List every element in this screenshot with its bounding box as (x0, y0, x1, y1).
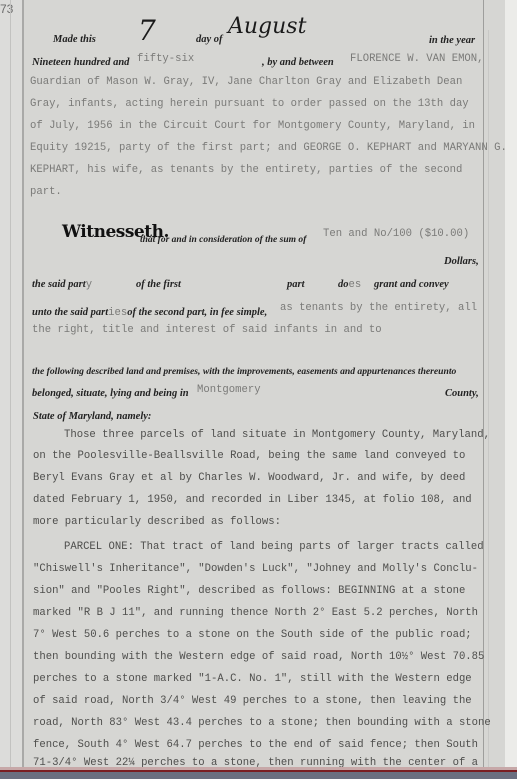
body-line: Beryl Evans Gray et al by Charles W. Woo… (33, 472, 465, 484)
year-line: Nineteen hundred and (32, 52, 129, 70)
body-line: more particularly described as follows: (33, 516, 281, 528)
parties-line: of July, 1956 in the Circuit Court for M… (30, 120, 475, 132)
consideration-sum: Ten and No/100 ($10.00) (323, 228, 469, 240)
by-and-between-label: , by and between (262, 52, 334, 70)
parties-line: Gray, infants, acting herein pursuant to… (30, 98, 469, 110)
state-label: State of Maryland, namely: (33, 406, 151, 424)
said-party-line: the said party (32, 274, 92, 292)
margin-rule (10, 0, 11, 770)
consideration-text: that for and in consideration of the sum… (140, 229, 306, 247)
dollars-label: Dollars, (444, 251, 479, 269)
county-value: Montgomery (197, 384, 261, 396)
tenancy-text-continued: the right, title and interest of said in… (32, 324, 382, 336)
day-of-label: day of (196, 29, 223, 47)
parties-line: part. (30, 186, 62, 198)
body-line: of said road, North 3/4° West 49 perches… (33, 695, 472, 707)
parties-line: KEPHART, his wife, as tenants by the ent… (30, 164, 462, 176)
body-line: perches to a stone marked "1-A.C. No. 1"… (33, 673, 472, 685)
tenancy-text: as tenants by the entirety, all (280, 302, 477, 314)
year-value: fifty-six (137, 53, 194, 65)
body-line: 7° West 50.6 perches to a stone on the S… (33, 629, 472, 641)
body-line: dated February 1, 1950, and recorded in … (33, 494, 472, 506)
belonged-line: belonged, situate, lying and being in (32, 383, 189, 401)
left-margin (0, 0, 22, 770)
month-value-handwritten: August (228, 14, 306, 39)
viewer-bottom-bar (0, 770, 517, 779)
of-the-first-label: of the first (136, 274, 181, 292)
unto-line: unto the said partiesof the second part,… (32, 302, 267, 320)
right-page-edge (505, 0, 517, 770)
made-this-label: Made this (53, 29, 96, 47)
body-line: sion" and "Pooles Right", described as f… (33, 585, 465, 597)
body-line: marked "R B J 11", and running thence No… (33, 607, 478, 619)
body-line: "Chiswell's Inheritance", "Dowden's Luck… (33, 563, 478, 575)
body-line: Those three parcels of land situate in M… (64, 429, 490, 441)
body-line: fence, South 4° West 64.7 perches to the… (33, 739, 478, 751)
grant-and-convey-label: grant and convey (374, 274, 449, 292)
day-value-handwritten: 7 (138, 14, 156, 47)
part-label: part (287, 274, 305, 292)
body-line: road, North 83° West 43.4 perches to a s… (33, 717, 491, 729)
body-line: on the Poolesville-Beallsville Road, bei… (33, 450, 465, 462)
grantor-name: FLORENCE W. VAN EMON, (350, 53, 484, 65)
page-number: 73 (0, 2, 13, 16)
in-the-year-label: in the year (429, 30, 475, 48)
deed-page-scan: 73 Made this 7 day of August in the year… (0, 0, 517, 770)
body-line: then bounding with the Western edge of s… (33, 651, 484, 663)
margin-rule (488, 30, 489, 770)
margin-rule (22, 0, 24, 770)
does-label: does (338, 274, 361, 292)
body-line: PARCEL ONE: That tract of land being par… (64, 541, 484, 553)
county-label: County, (445, 383, 479, 401)
following-described-line: the following described land and premise… (32, 361, 456, 379)
parties-line: Equity 19215, party of the first part; a… (30, 142, 507, 154)
parties-line: Guardian of Mason W. Gray, IV, Jane Char… (30, 76, 462, 88)
